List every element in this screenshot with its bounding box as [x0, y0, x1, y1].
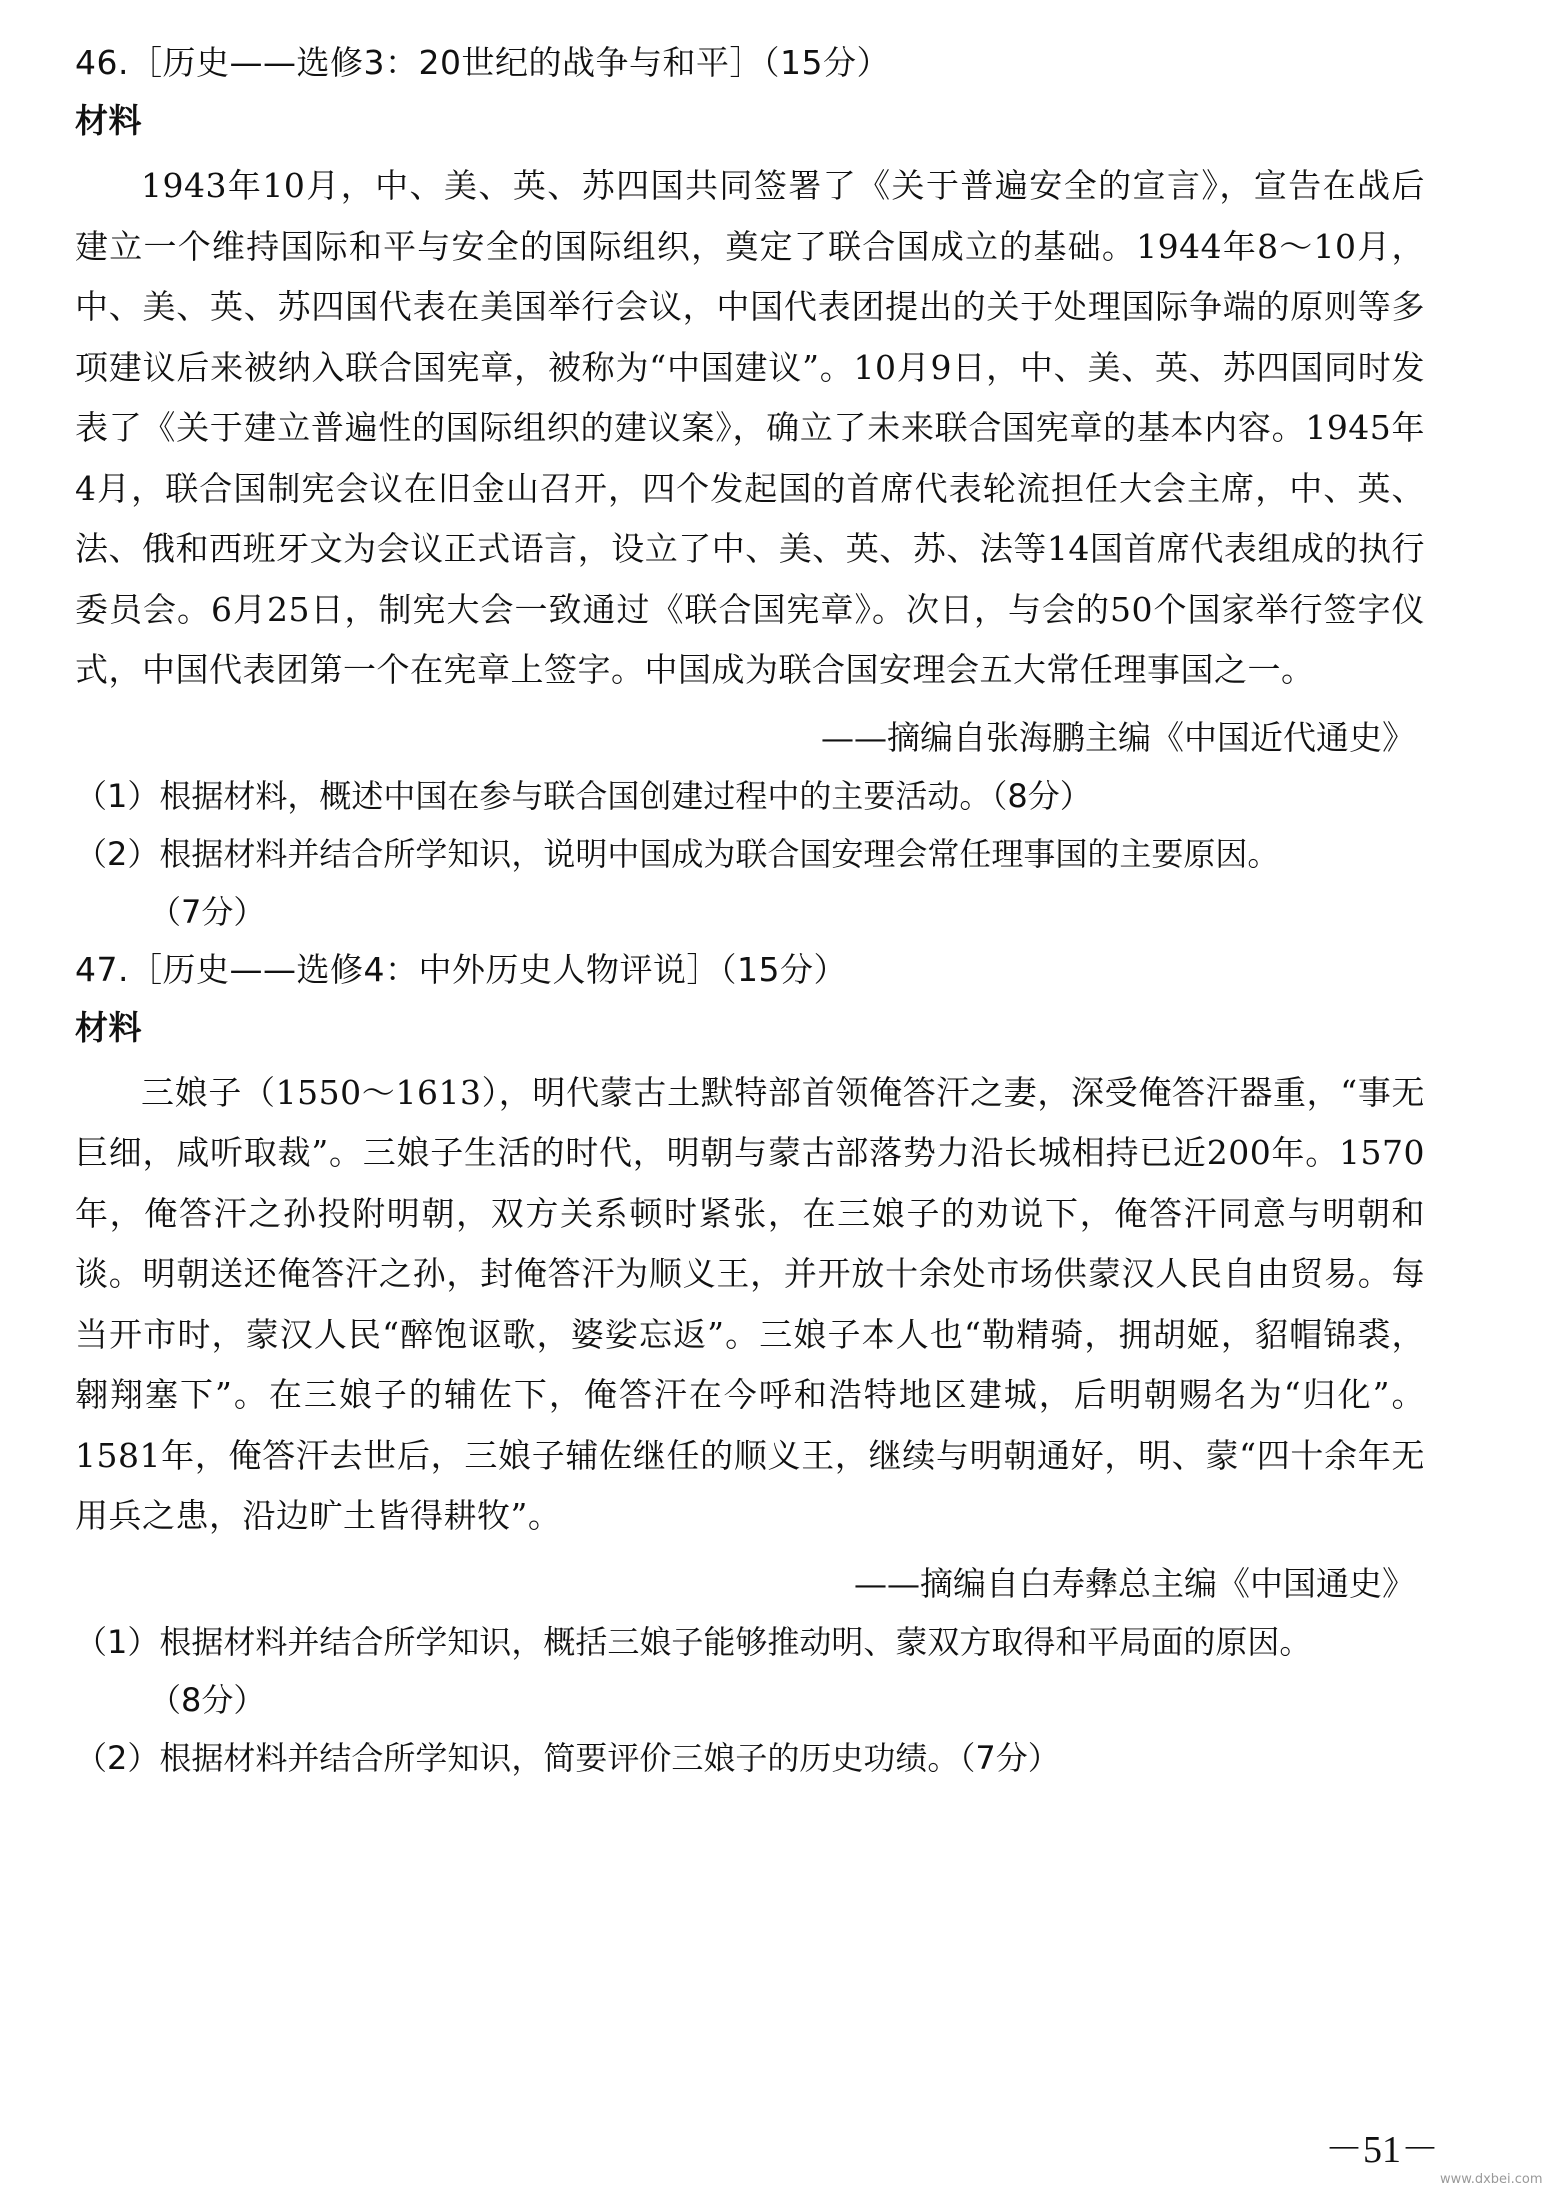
sub-question-2: （2）根据材料并结合所学知识，简要评价三娘子的历史功绩。（7分） [75, 1729, 1425, 1787]
watermark-logo: www.dxbei.com [1440, 2172, 1543, 2187]
sub-question-1: （1）根据材料并结合所学知识，概括三娘子能够推动明、蒙双方取得和平局面的原因。 [75, 1613, 1425, 1671]
question-46-heading: 46.［历史——选修3：20世纪的战争与和平］（15分） [75, 34, 1425, 92]
question-46: 46.［历史——选修3：20世纪的战争与和平］（15分） 材料 1943年10月… [75, 34, 1425, 941]
material-paragraph: 三娘子（1550～1613），明代蒙古土默特部首领俺答汗之妻，深受俺答汗器重，“… [75, 1063, 1425, 1547]
source-citation: ——摘编自张海鹏主编《中国近代通史》 [75, 709, 1425, 767]
sub-question-1: （1）根据材料，概述中国在参与联合国创建过程中的主要活动。（8分） [75, 767, 1425, 825]
sub-question-2-score: （7分） [75, 883, 1425, 941]
exam-page: 46.［历史——选修3：20世纪的战争与和平］（15分） 材料 1943年10月… [75, 34, 1425, 1787]
page-number: －51－ [1325, 2118, 1439, 2173]
source-citation: ——摘编自白寿彝总主编《中国通史》 [75, 1555, 1425, 1613]
sub-question-1-score: （8分） [75, 1671, 1425, 1729]
material-label: 材料 [75, 92, 1425, 150]
question-47-heading: 47.［历史——选修4：中外历史人物评说］（15分） [75, 941, 1425, 999]
question-47: 47.［历史——选修4：中外历史人物评说］（15分） 材料 三娘子（1550～1… [75, 941, 1425, 1787]
material-label: 材料 [75, 999, 1425, 1057]
material-paragraph: 1943年10月，中、美、英、苏四国共同签署了《关于普遍安全的宣言》，宣告在战后… [75, 156, 1425, 701]
sub-question-2: （2）根据材料并结合所学知识，说明中国成为联合国安理会常任理事国的主要原因。 [75, 825, 1425, 883]
